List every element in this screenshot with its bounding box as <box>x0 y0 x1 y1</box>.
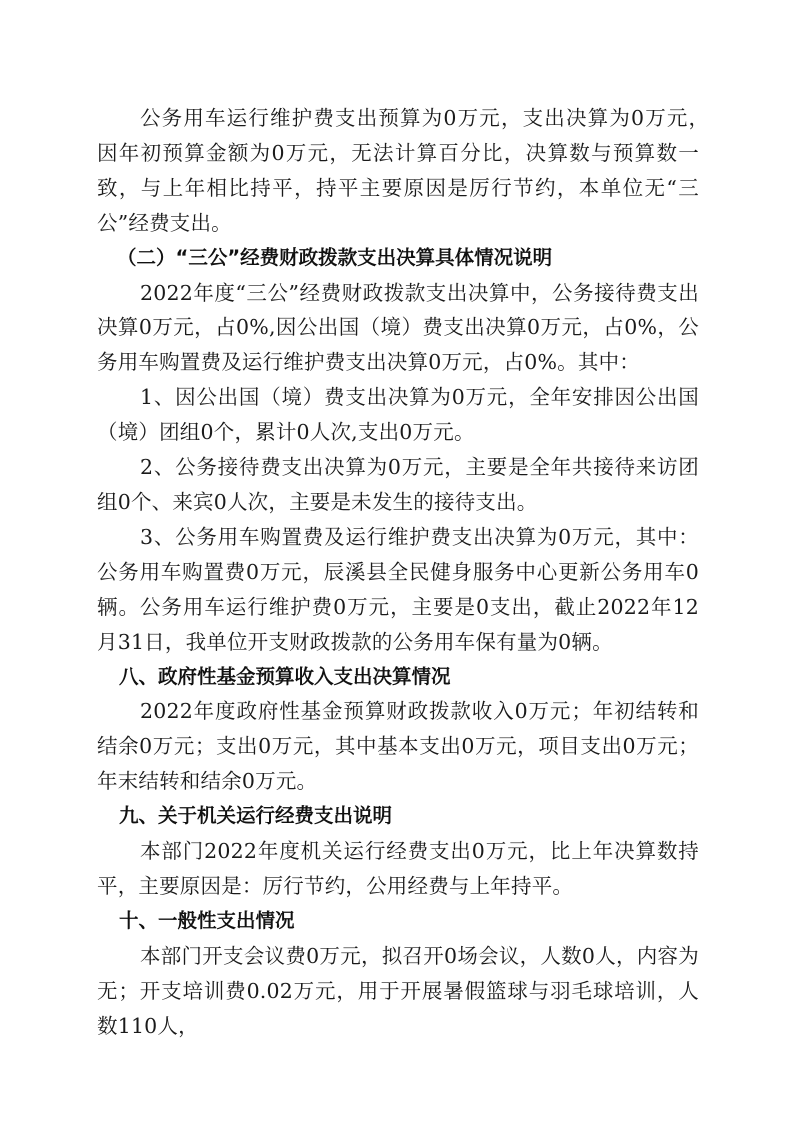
paragraph-overseas-travel: 1、因公出国（境）费支出决算为0万元，全年安排因公出国（境）团组0个，累计0人次… <box>97 380 699 450</box>
paragraph-official-vehicles: 3、公务用车购置费及运行维护费支出决算为0万元，其中：公务用车购置费0万元，辰溪… <box>97 520 699 660</box>
paragraph-operating-expenses: 本部门2022年度机关运行经费支出0万元，比上年决算数持平，主要原因是：厉行节约… <box>97 834 699 904</box>
paragraph-government-fund: 2022年度政府性基金预算财政拨款收入0万元；年初结转和结余0万元；支出0万元，… <box>97 694 699 799</box>
heading-general-expenditure: 十、一般性支出情况 <box>97 904 699 939</box>
paragraph-three-public-summary: 2022年度“三公”经费财政拨款支出决算中，公务接待费支出决算0万元，占0%,因… <box>97 276 699 381</box>
heading-government-fund: 八、政府性基金预算收入支出决算情况 <box>97 660 699 695</box>
paragraph-general-expenditure: 本部门开支会议费0万元，拟召开0场会议，人数0人，内容为无；开支培训费0.02万… <box>97 939 699 1044</box>
paragraph-official-reception: 2、公务接待费支出决算为0万元，主要是全年共接待来访团组0个、来宾0人次，主要是… <box>97 450 699 520</box>
paragraph-vehicle-maintenance: 公务用车运行维护费支出预算为0万元，支出决算为0万元， 因年初预算金额为0万元，… <box>97 101 699 241</box>
heading-operating-expenses: 九、关于机关运行经费支出说明 <box>97 799 699 834</box>
document-page: 公务用车运行维护费支出预算为0万元，支出决算为0万元， 因年初预算金额为0万元，… <box>97 101 699 1043</box>
heading-three-public-details: （二）“三公”经费财政拨款支出决算具体情况说明 <box>97 241 699 276</box>
